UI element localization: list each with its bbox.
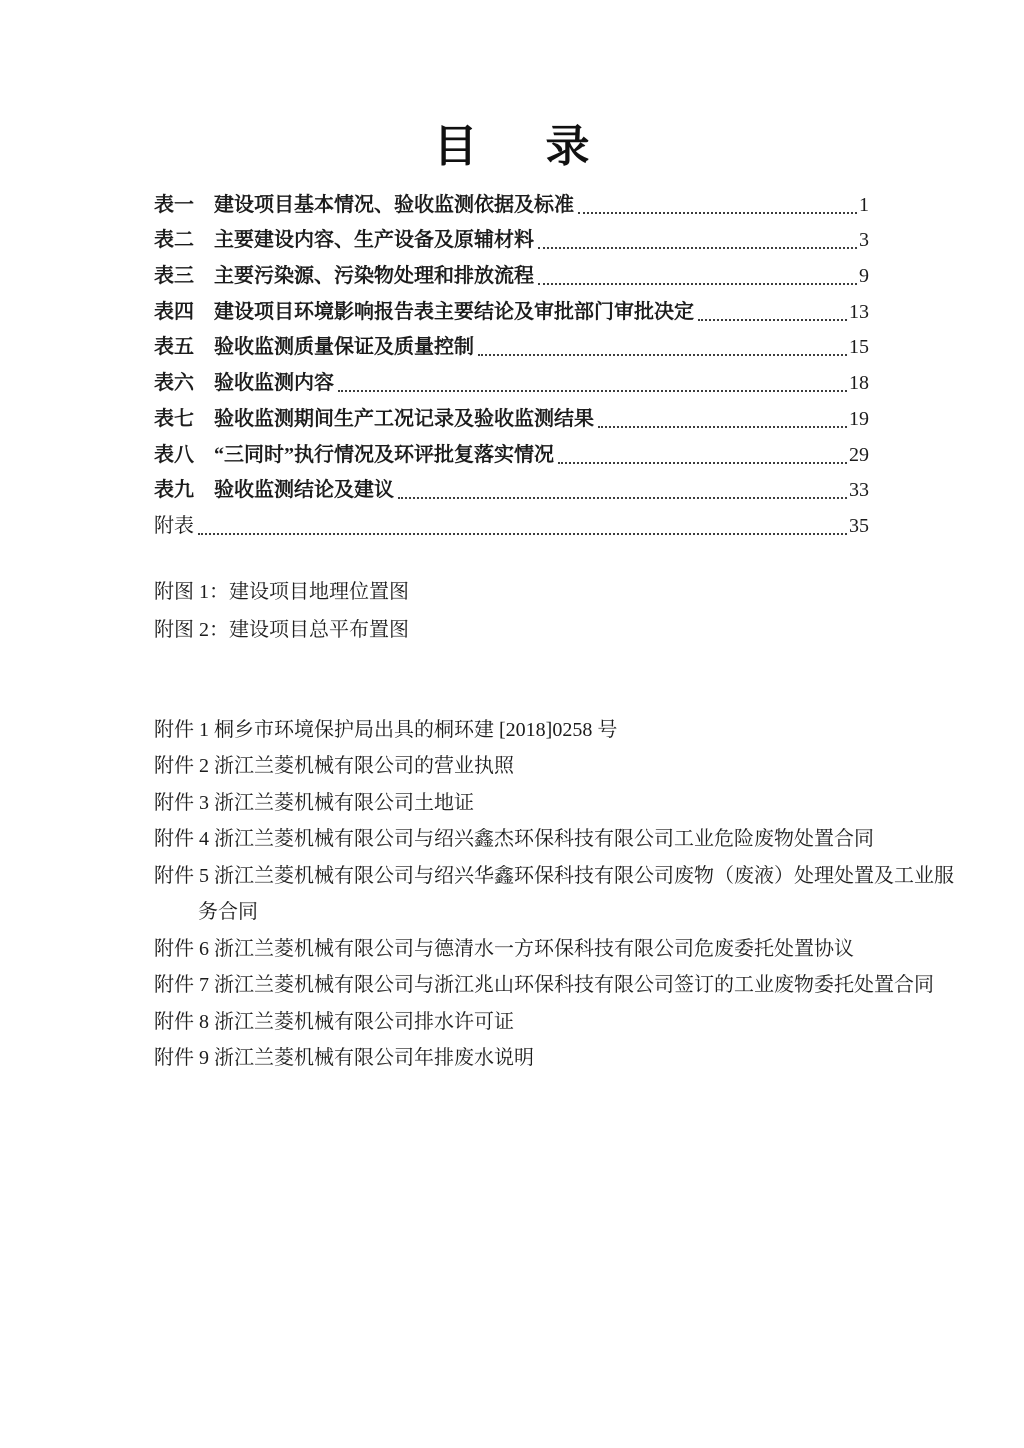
toc-page-number: 35 bbox=[849, 513, 869, 539]
toc-entry-label: 表九 验收监测结论及建议 bbox=[154, 477, 394, 503]
dot-leader bbox=[698, 319, 847, 321]
attachment-item-continuation: 务合同 bbox=[154, 894, 869, 931]
toc-entry-label: 附表 bbox=[154, 513, 194, 539]
document-page: 目 录 表一 建设项目基本情况、验收监测依据及标准 1 表二 主要建设内容、生产… bbox=[0, 0, 1024, 1448]
figure-item: 附图 2：建设项目总平布置图 bbox=[154, 611, 869, 649]
toc-entry-label: 表五 验收监测质量保证及质量控制 bbox=[154, 334, 474, 360]
toc-page-number: 3 bbox=[859, 227, 869, 253]
attachment-item: 附件 5 浙江兰菱机械有限公司与绍兴华鑫环保科技有限公司废物（废液）处理处置及工… bbox=[154, 858, 869, 895]
toc-page-number: 15 bbox=[849, 334, 869, 360]
dot-leader bbox=[558, 462, 847, 464]
dot-leader bbox=[598, 426, 847, 428]
toc-page-number: 29 bbox=[849, 442, 869, 468]
toc-page-number: 19 bbox=[849, 406, 869, 432]
toc-entry-9: 表九 验收监测结论及建议 33 bbox=[154, 468, 869, 504]
attachment-item: 附件 6 浙江兰菱机械有限公司与德清水一方环保科技有限公司危废委托处置协议 bbox=[154, 931, 869, 968]
attachment-item: 附件 9 浙江兰菱机械有限公司年排废水说明 bbox=[154, 1040, 869, 1077]
page-title: 目 录 bbox=[154, 122, 869, 172]
toc-entry-5: 表五 验收监测质量保证及质量控制 15 bbox=[154, 325, 869, 361]
attachment-item: 附件 1 桐乡市环境保护局出具的桐环建 [2018]0258 号 bbox=[154, 712, 869, 749]
dot-leader bbox=[538, 283, 857, 285]
toc-entry-label: 表二 主要建设内容、生产设备及原辅材料 bbox=[154, 227, 534, 253]
attachment-item: 附件 2 浙江兰菱机械有限公司的营业执照 bbox=[154, 748, 869, 785]
dot-leader bbox=[398, 497, 847, 499]
toc-page-number: 1 bbox=[859, 192, 869, 218]
dot-leader bbox=[198, 533, 847, 535]
attachment-item: 附件 4 浙江兰菱机械有限公司与绍兴鑫杰环保科技有限公司工业危险废物处置合同 bbox=[154, 821, 869, 858]
attachment-item: 附件 8 浙江兰菱机械有限公司排水许可证 bbox=[154, 1004, 869, 1041]
dot-leader bbox=[538, 247, 857, 249]
toc-entry-8: 表八 “三同时”执行情况及环评批复落实情况 29 bbox=[154, 432, 869, 468]
toc-entry-label: 表八 “三同时”执行情况及环评批复落实情况 bbox=[154, 442, 554, 468]
toc-page-number: 33 bbox=[849, 477, 869, 503]
toc-entry-1: 表一 建设项目基本情况、验收监测依据及标准 1 bbox=[154, 182, 869, 218]
toc-entry-4: 表四 建设项目环境影响报告表主要结论及审批部门审批决定 13 bbox=[154, 289, 869, 325]
toc-entry-6: 表六 验收监测内容 18 bbox=[154, 360, 869, 396]
toc-page-number: 13 bbox=[849, 299, 869, 325]
dot-leader bbox=[338, 390, 847, 392]
table-of-contents: 表一 建设项目基本情况、验收监测依据及标准 1 表二 主要建设内容、生产设备及原… bbox=[154, 182, 869, 539]
toc-page-number: 18 bbox=[849, 370, 869, 396]
dot-leader bbox=[478, 354, 847, 356]
attachment-item: 附件 3 浙江兰菱机械有限公司土地证 bbox=[154, 785, 869, 822]
toc-entry-3: 表三 主要污染源、污染物处理和排放流程 9 bbox=[154, 253, 869, 289]
dot-leader bbox=[578, 212, 857, 214]
attachment-item: 附件 7 浙江兰菱机械有限公司与浙江兆山环保科技有限公司签订的工业废物委托处置合… bbox=[154, 967, 869, 1004]
toc-entry-label: 表三 主要污染源、污染物处理和排放流程 bbox=[154, 263, 534, 289]
toc-entry-label: 表一 建设项目基本情况、验收监测依据及标准 bbox=[154, 192, 574, 218]
toc-entry-7: 表七 验收监测期间生产工况记录及验收监测结果 19 bbox=[154, 396, 869, 432]
toc-entry-2: 表二 主要建设内容、生产设备及原辅材料 3 bbox=[154, 218, 869, 254]
toc-page-number: 9 bbox=[859, 263, 869, 289]
toc-entry-label: 表六 验收监测内容 bbox=[154, 370, 334, 396]
toc-entry-label: 表四 建设项目环境影响报告表主要结论及审批部门审批决定 bbox=[154, 299, 694, 325]
figure-item: 附图 1：建设项目地理位置图 bbox=[154, 573, 869, 611]
toc-entry-label: 表七 验收监测期间生产工况记录及验收监测结果 bbox=[154, 406, 594, 432]
attachment-list: 附件 1 桐乡市环境保护局出具的桐环建 [2018]0258 号 附件 2 浙江… bbox=[154, 712, 869, 1077]
figure-list: 附图 1：建设项目地理位置图 附图 2：建设项目总平布置图 bbox=[154, 573, 869, 649]
toc-entry-appendix-tables: 附表 35 bbox=[154, 503, 869, 539]
